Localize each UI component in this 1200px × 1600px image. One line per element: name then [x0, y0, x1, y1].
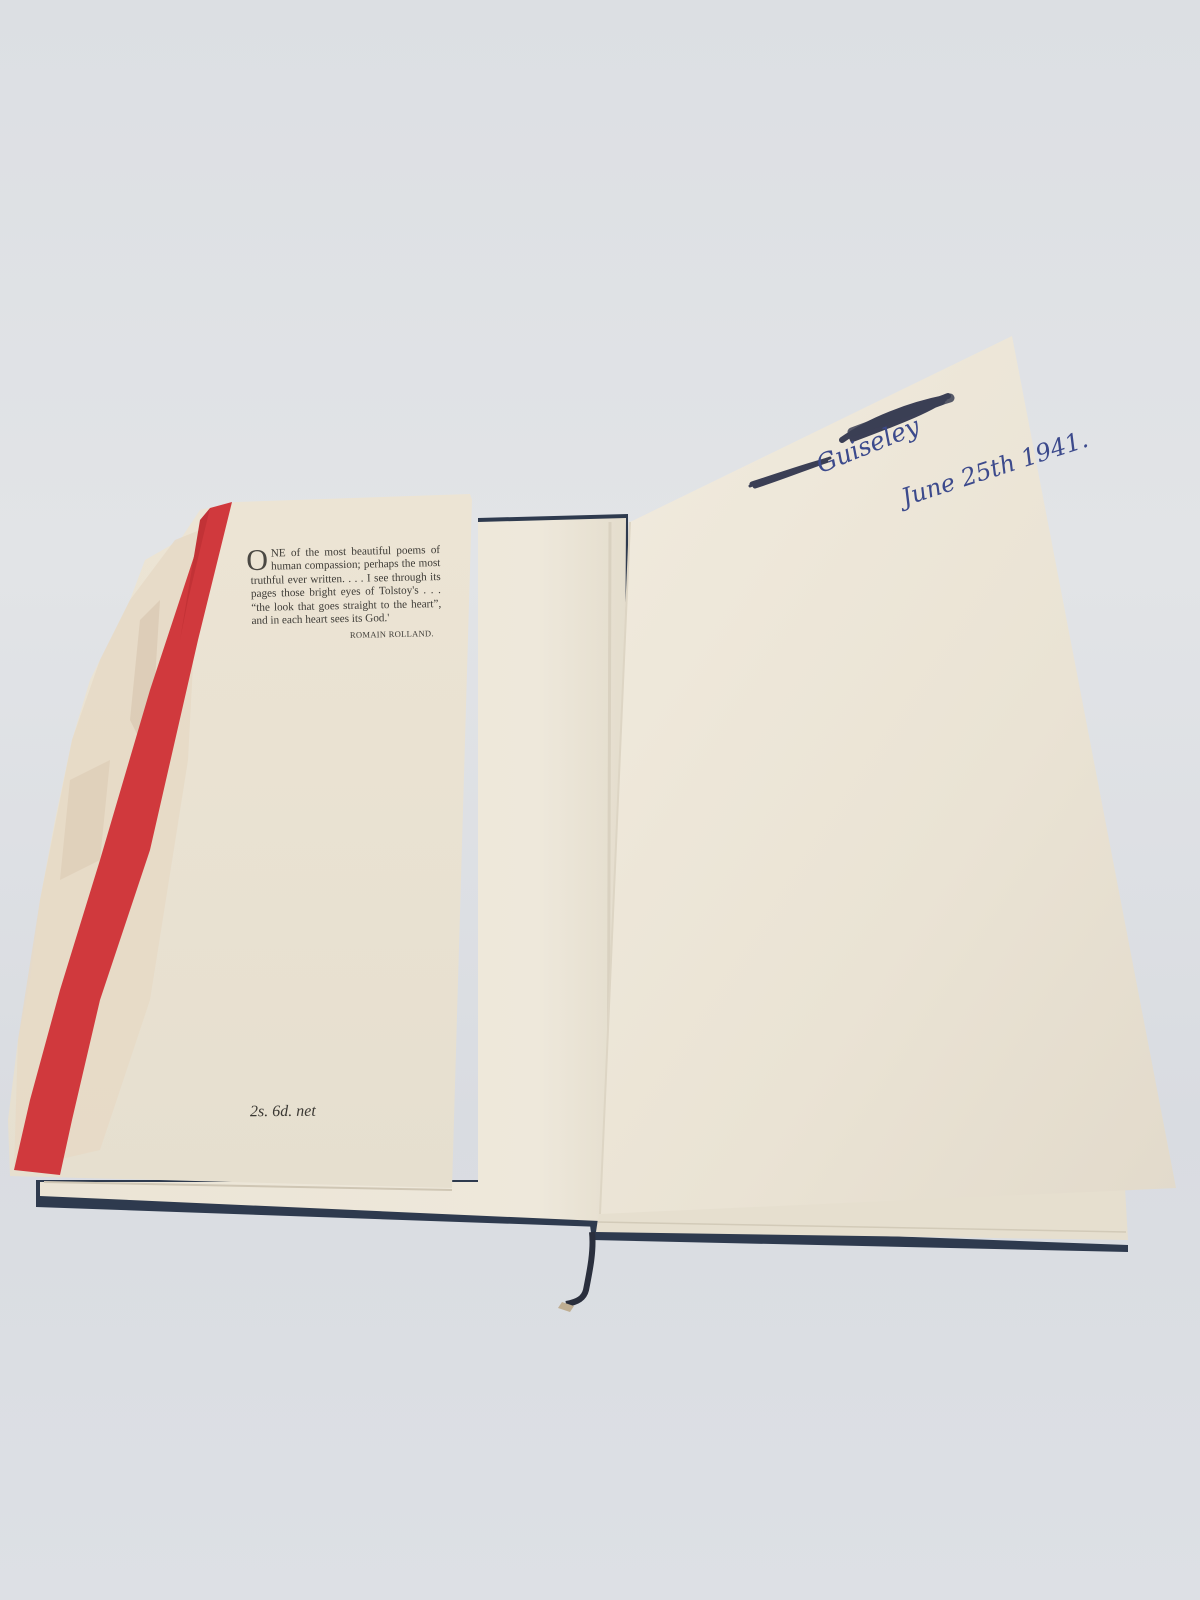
blurb-text: NE of the most beautiful poems of human … [251, 544, 442, 627]
book-illustration [0, 0, 1200, 1600]
bookmark-ribbon [566, 1232, 593, 1304]
photo-scene: ONE of the most beautiful poems of human… [0, 0, 1200, 1600]
blurb-dropcap: O [246, 549, 268, 573]
jacket-price: 2s. 6d. net [250, 1103, 316, 1122]
right-flyleaf-page [600, 336, 1176, 1214]
jacket-blurb: ONE of the most beautiful poems of human… [250, 544, 442, 645]
